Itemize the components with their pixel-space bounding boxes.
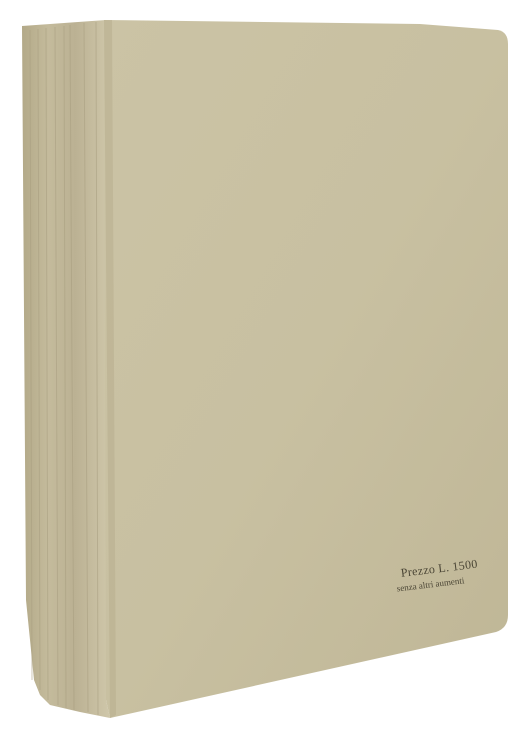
book-illustration [0, 0, 532, 750]
book-photo: Prezzo L. 1500 senza altri aumenti [0, 0, 532, 750]
back-cover [104, 20, 508, 718]
